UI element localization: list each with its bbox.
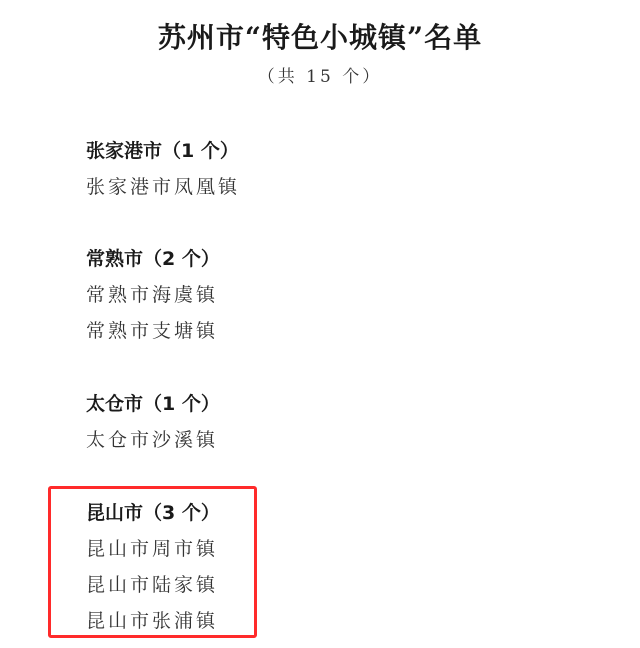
document-subtitle: （共 15 个） xyxy=(0,64,640,90)
group-heading: 太仓市（1 个） xyxy=(86,386,220,422)
town-item: 常熟市海虞镇 xyxy=(86,277,220,313)
group-heading: 张家港市（1 个） xyxy=(86,133,240,169)
group-kunshan: 昆山市（3 个） 昆山市周市镇 昆山市陆家镇 昆山市张浦镇 xyxy=(86,495,220,639)
town-item: 昆山市陆家镇 xyxy=(86,567,220,603)
town-item: 昆山市张浦镇 xyxy=(86,603,220,639)
group-taicang: 太仓市（1 个） 太仓市沙溪镇 xyxy=(86,386,220,458)
town-item: 张家港市凤凰镇 xyxy=(86,169,240,205)
town-item: 昆山市周市镇 xyxy=(86,531,220,567)
group-heading: 常熟市（2 个） xyxy=(86,241,220,277)
group-changshu: 常熟市（2 个） 常熟市海虞镇 常熟市支塘镇 xyxy=(86,241,220,349)
document-title: 苏州市“特色小城镇”名单 xyxy=(0,18,640,58)
group-zhangjiagang: 张家港市（1 个） 张家港市凤凰镇 xyxy=(86,133,240,205)
town-item: 太仓市沙溪镇 xyxy=(86,422,220,458)
town-item: 常熟市支塘镇 xyxy=(86,313,220,349)
group-heading: 昆山市（3 个） xyxy=(86,495,220,531)
